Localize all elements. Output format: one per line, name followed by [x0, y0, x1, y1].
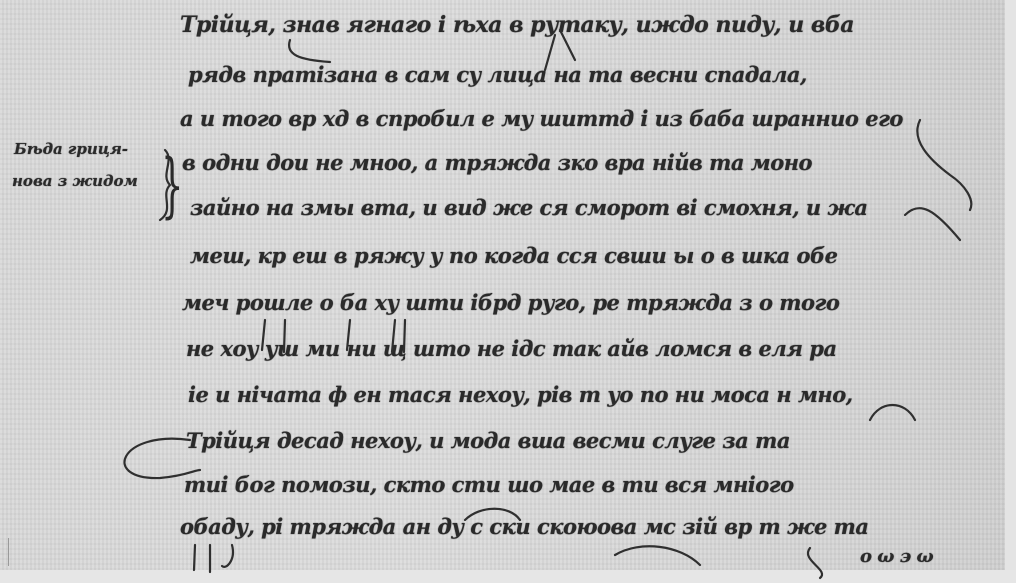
- manuscript-page: Бѣда гриця- нова з жидом } Трiйця, знав …: [0, 0, 1016, 583]
- handwriting-flourishes: [0, 0, 1016, 583]
